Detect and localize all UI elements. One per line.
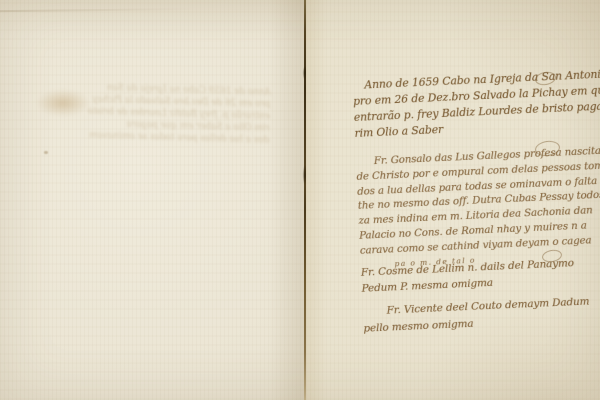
left-page: Anno de 1659 Cabo na Igreja da San pro e…: [0, 0, 305, 400]
ink-stain: [36, 90, 90, 116]
right-page: Anno de 1659 Cabo na Igreja da San Anton…: [306, 0, 600, 400]
paragraph-record-1659: Anno de 1659 Cabo na Igreja da San Anton…: [352, 67, 595, 142]
paragraph-main-entry: Fr. Gonsalo das Lus Gallegos profesa nas…: [356, 145, 600, 259]
manuscript-photo: Anno de 1659 Cabo na Igreja da San pro e…: [0, 0, 600, 400]
handwritten-text-block: Anno de 1659 Cabo na Igreja da San Anton…: [352, 67, 600, 337]
paragraph-friar-vicente: Fr. Vicente deel Couto demaym Dadum pell…: [362, 292, 600, 337]
bleedthrough-text: Anno de 1659 Cabo na Igreja da San pro e…: [87, 81, 271, 146]
paper-texture: [0, 0, 305, 400]
paragraph-friar-cosme: pa o m. de tal o Fr. Cosme de Lellim n. …: [360, 253, 600, 297]
ink-speck: [44, 151, 48, 154]
fold-crease: [0, 8, 210, 12]
